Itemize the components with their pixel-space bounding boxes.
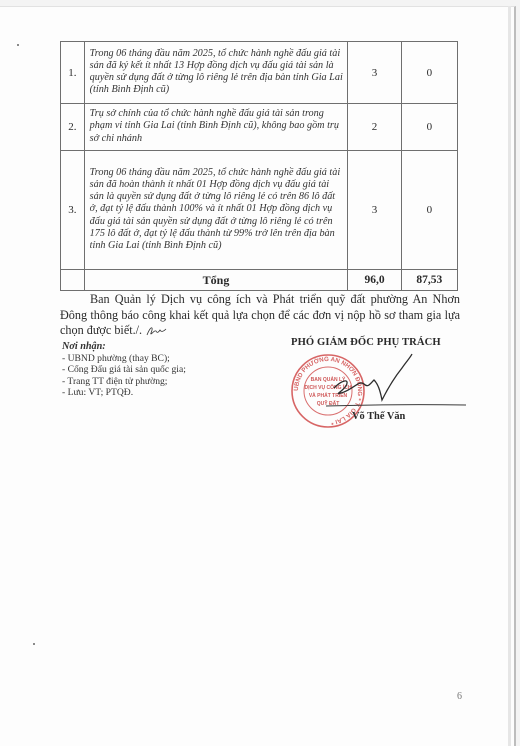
- scan-speck: [17, 44, 19, 46]
- max-points: 3: [348, 42, 401, 104]
- total-label: Tổng: [84, 270, 348, 291]
- criterion-text: Trụ sở chính của tổ chức hành nghề đấu g…: [84, 104, 348, 151]
- scan-speck: [33, 643, 35, 645]
- page-edge-shadow: [508, 6, 511, 746]
- criterion-text: Trong 06 tháng đầu năm 2025, tổ chức hàn…: [84, 151, 348, 270]
- row-number-empty: [61, 270, 85, 291]
- signer-name: Võ Thế Văn: [352, 411, 405, 422]
- criterion-text: Trong 06 tháng đầu năm 2025, tổ chức hàn…: [84, 42, 348, 104]
- recipient-item: - Lưu: VT; PTQĐ.: [62, 387, 282, 399]
- initials-icon: [145, 326, 167, 336]
- max-points: 3: [348, 151, 401, 270]
- score: 0: [401, 104, 457, 151]
- row-number: 3.: [61, 151, 85, 270]
- signer-title: PHÓ GIÁM ĐỐC PHỤ TRÁCH: [291, 337, 441, 348]
- criteria-table: 1. Trong 06 tháng đầu năm 2025, tổ chức …: [60, 41, 458, 291]
- total-max-points: 96,0: [348, 270, 401, 291]
- score: 0: [401, 42, 457, 104]
- notice-paragraph: Ban Quản lý Dịch vụ công ích và Phát tri…: [60, 292, 460, 339]
- max-points: 2: [348, 104, 401, 151]
- recipient-item: - UBND phường (thay BC);: [62, 353, 282, 365]
- notice-text: Ban Quản lý Dịch vụ công ích và Phát tri…: [60, 292, 460, 337]
- recipients-block: Nơi nhận: - UBND phường (thay BC); - Cổn…: [62, 341, 282, 399]
- total-score: 87,53: [401, 270, 457, 291]
- table-row: 2. Trụ sở chính của tổ chức hành nghề đấ…: [61, 104, 458, 151]
- recipient-item: - Cổng Đấu giá tài sản quốc gia;: [62, 364, 282, 376]
- handwritten-signature-icon: [320, 350, 470, 420]
- table-row: 3. Trong 06 tháng đầu năm 2025, tổ chức …: [61, 151, 458, 270]
- recipients-title: Nơi nhận:: [62, 341, 282, 353]
- row-number: 1.: [61, 42, 85, 104]
- recipient-item: - Trang TT điện tử phường;: [62, 376, 282, 388]
- row-number: 2.: [61, 104, 85, 151]
- total-row: Tổng 96,0 87,53: [61, 270, 458, 291]
- table-row: 1. Trong 06 tháng đầu năm 2025, tổ chức …: [61, 42, 458, 104]
- page-number: 6: [457, 691, 462, 702]
- score: 0: [401, 151, 457, 270]
